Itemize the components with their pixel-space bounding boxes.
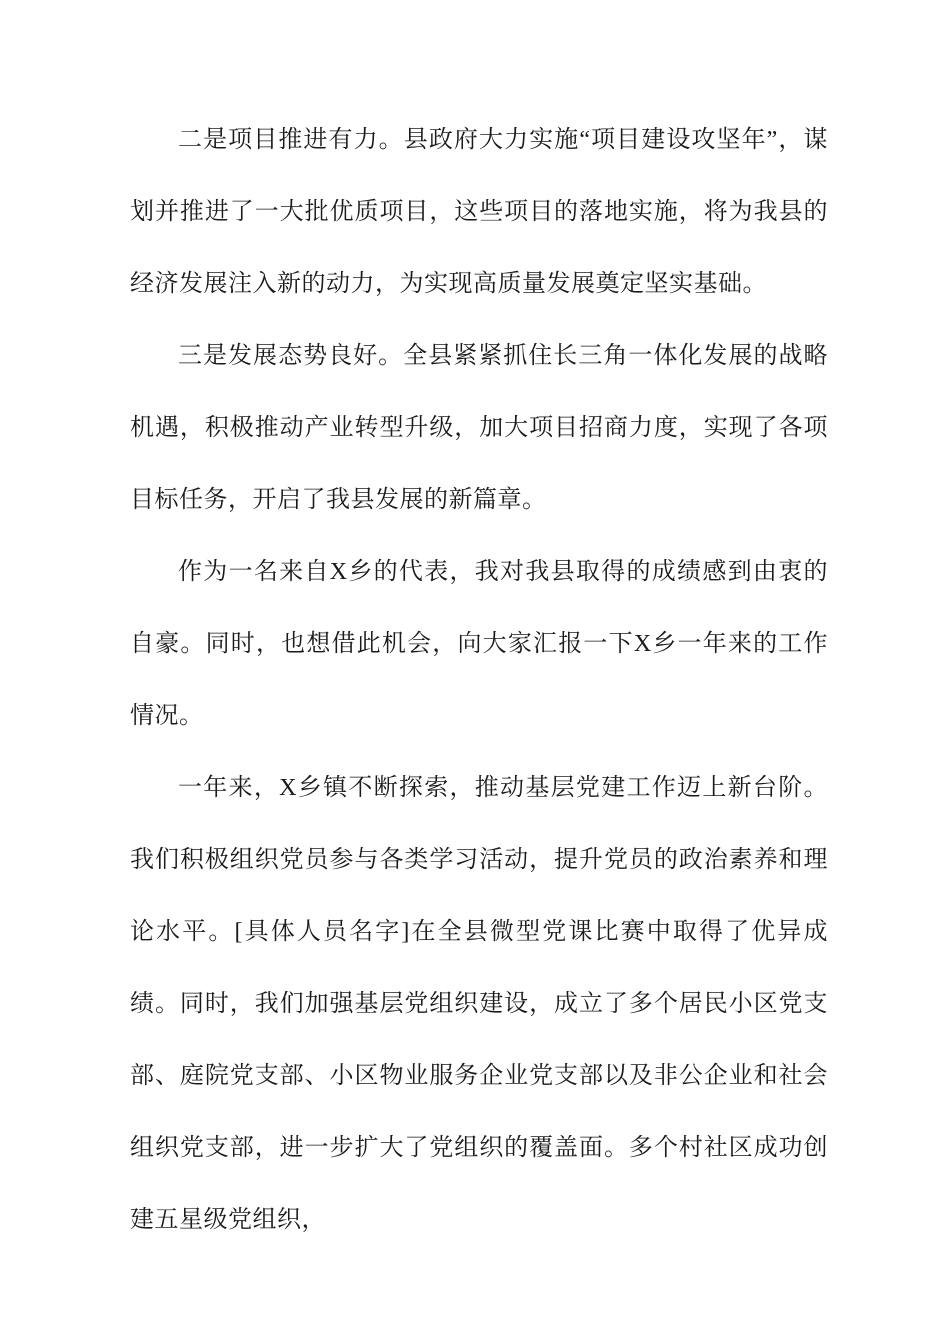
document-page: 二是项目推进有力。县政府大力实施“项目建设攻坚年”，谋划并推进了一大批优质项目，… (0, 0, 950, 1344)
paragraph-party-building-report: 一年来，X乡镇不断探索，推动基层党建工作迈上新台阶。我们积极组织党员参与各类学习… (130, 752, 828, 1256)
paragraph-delegate-intro: 作为一名来自X乡的代表，我对我县取得的成绩感到由衷的自豪。同时，也想借此机会，向… (130, 536, 828, 752)
paragraph-project-progress: 二是项目推进有力。县政府大力实施“项目建设攻坚年”，谋划并推进了一大批优质项目，… (130, 104, 828, 320)
paragraph-development-trend: 三是发展态势良好。全县紧紧抓住长三角一体化发展的战略机遇，积极推动产业转型升级，… (130, 320, 828, 536)
